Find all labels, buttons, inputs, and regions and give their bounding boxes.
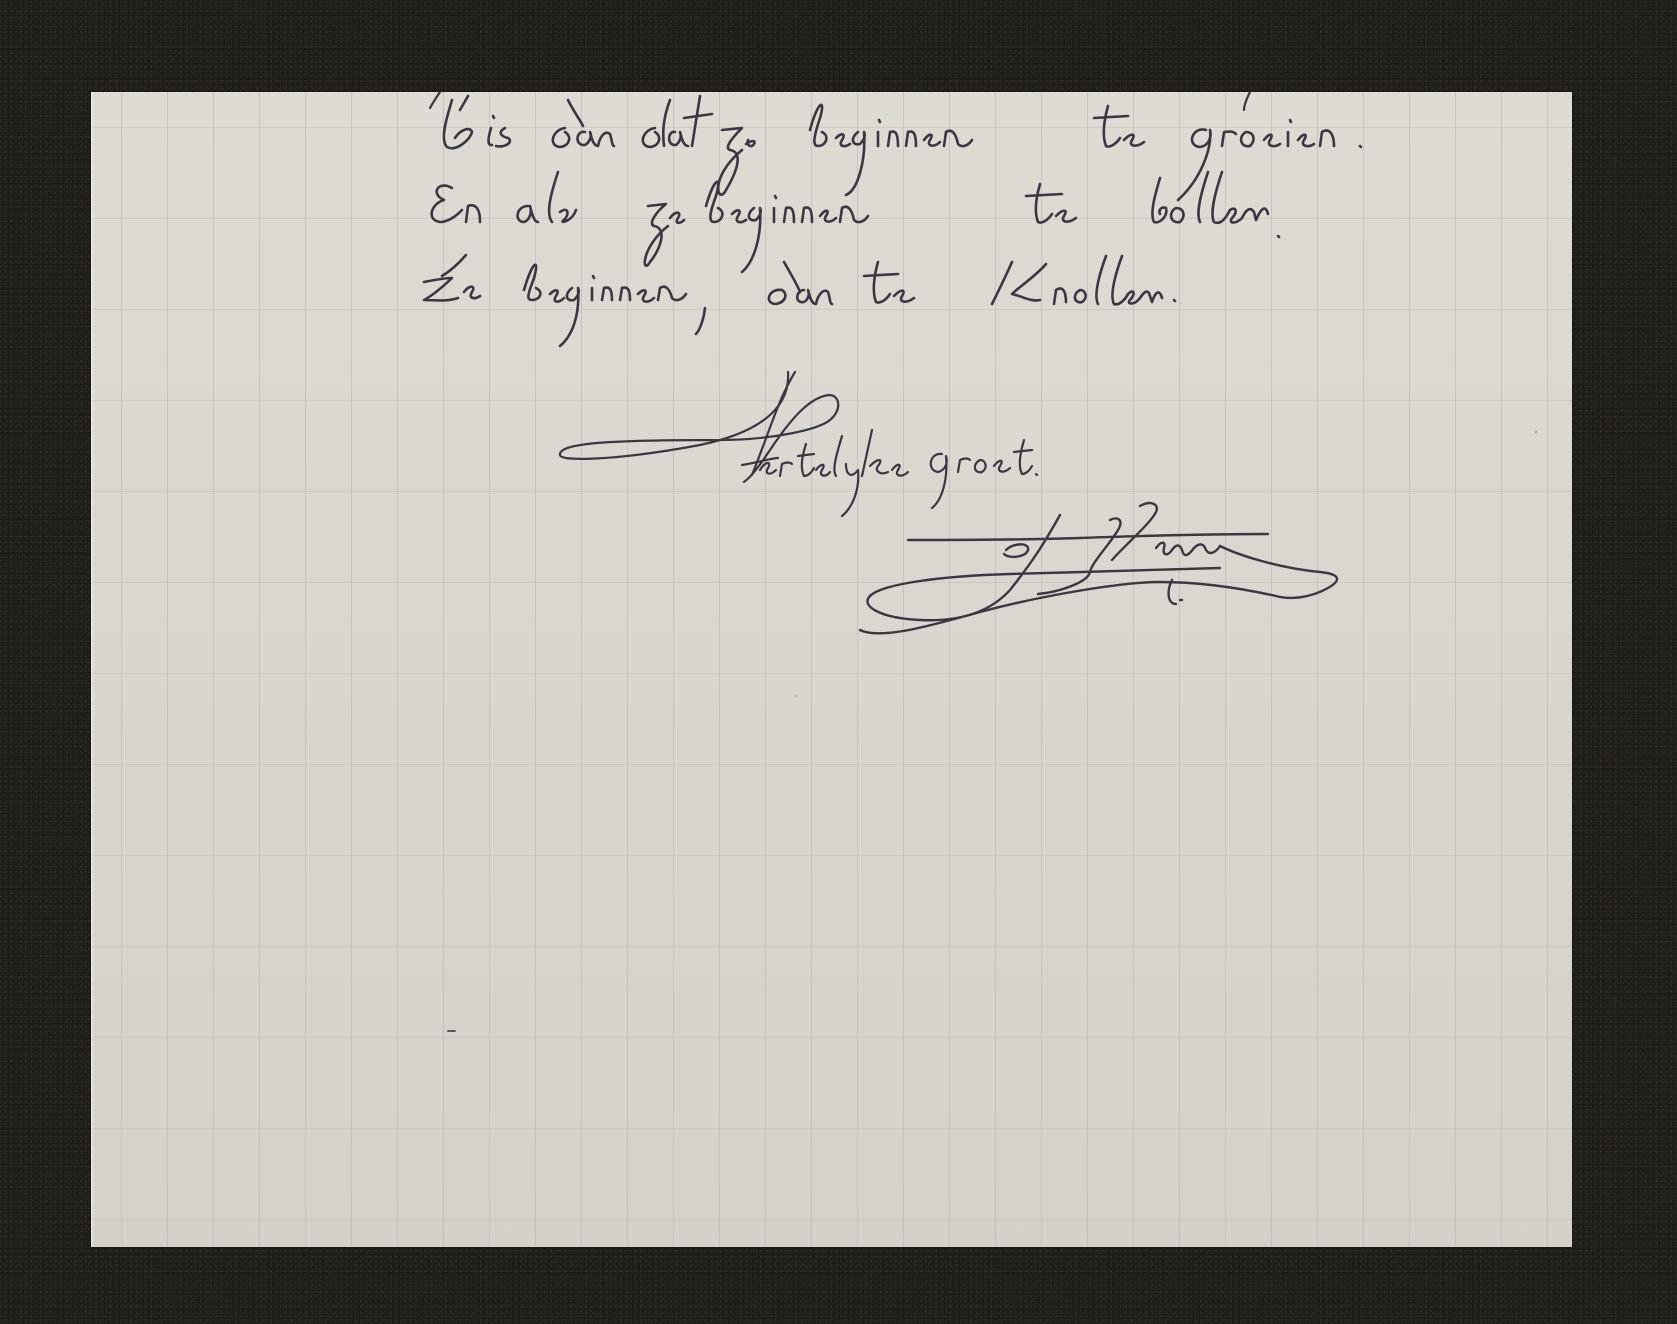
transcription-layer: 't is dan dat ze beginnen te groeien. En… <box>0 0 1677 1324</box>
stray-ink-dot <box>1535 431 1537 433</box>
stray-ink-mark <box>447 1030 456 1032</box>
letter-line-2: En als ze beginnen te bollen. <box>428 186 1450 235</box>
letter-closing: Hartelijke groet. <box>740 436 1196 485</box>
letter-signature: J. Stoyme <box>1010 520 1236 566</box>
stray-ink-dot <box>795 695 797 697</box>
letter-line-1: 't is dan dat ze beginnen te groeien. <box>432 110 1643 159</box>
letter-line-3: Ze beginnen, dan te Knollen. <box>424 262 1431 311</box>
